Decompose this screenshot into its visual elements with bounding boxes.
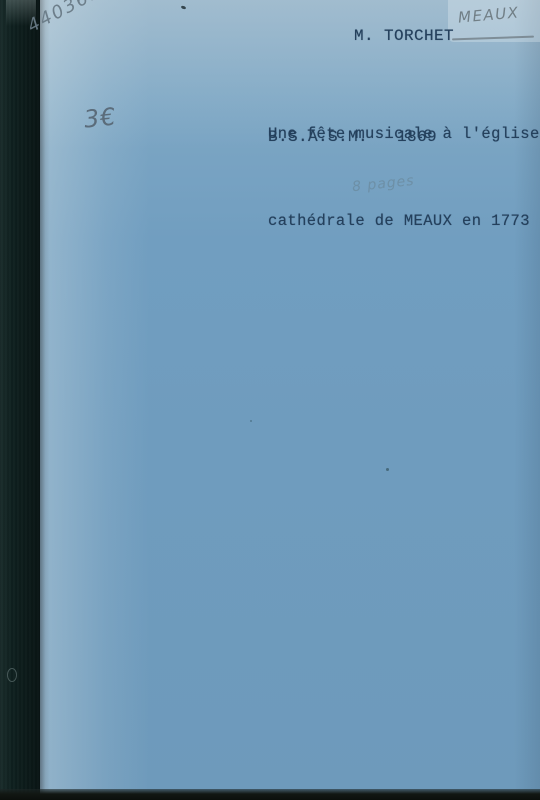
author-name: M. TORCHET — [354, 27, 454, 45]
spine-scuff-mark — [7, 668, 17, 682]
handwritten-price: 3€ — [83, 102, 118, 133]
title-line-2: cathédrale de MEAUX en 1773 — [268, 207, 540, 236]
imprint-abbreviation: B.S.A.S.M. — [268, 128, 368, 146]
paper-speck — [250, 420, 252, 422]
book-spine — [0, 0, 40, 800]
imprint-row: B.S.A.S.M. 1869 — [268, 128, 437, 146]
publication-year: 1869 — [397, 128, 437, 146]
scanned-book-cover: M. TORCHET Une fête musicale à l'église … — [0, 0, 540, 800]
book-bottom-edge — [0, 789, 540, 800]
paper-speck — [386, 468, 389, 471]
